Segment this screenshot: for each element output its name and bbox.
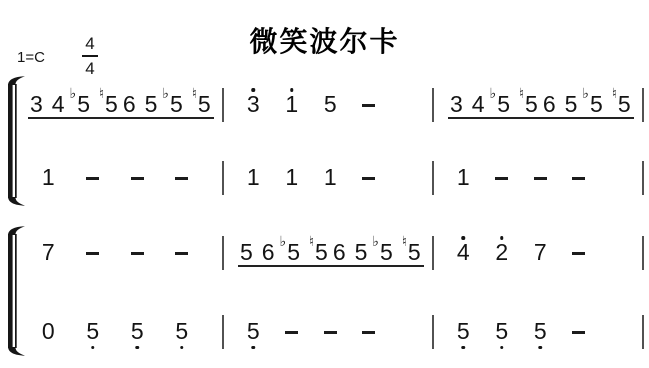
note-group	[285, 331, 298, 341]
system-bracket-icon	[6, 76, 26, 206]
system-bracket-icon	[6, 226, 26, 356]
note-group: 5	[175, 322, 188, 341]
dash-rest	[86, 252, 99, 255]
note: ♭5	[490, 95, 510, 114]
staff-row: 756♭5♮565♭5♮5427	[26, 243, 644, 262]
note: 3	[450, 95, 463, 114]
note-digit: 5	[287, 243, 300, 262]
note: 6	[262, 243, 275, 262]
time-signature-numerator: 4	[82, 35, 97, 57]
note: ♭5	[280, 243, 300, 262]
note-digit: 3	[450, 95, 463, 114]
natural-sign: ♮	[402, 234, 407, 248]
note-digit: 6	[262, 243, 275, 262]
beam-group: ♭5♮5	[68, 95, 121, 119]
natural-sign: ♮	[99, 86, 104, 100]
note-digit: 5	[355, 243, 368, 262]
note-group	[86, 252, 99, 262]
note-digit: 6	[123, 95, 136, 114]
flat-sign: ♭	[280, 234, 287, 248]
note-group	[324, 331, 337, 341]
note-digit: 5	[408, 243, 421, 262]
note: 3	[30, 95, 43, 114]
note-group	[175, 177, 188, 187]
note-group	[86, 177, 99, 187]
beam-group: ♭5♮5	[580, 95, 633, 119]
measure: 5	[224, 322, 432, 341]
note-digit: 5	[565, 95, 578, 114]
note: 6	[123, 95, 136, 114]
note-digit: 5	[131, 322, 144, 341]
octave-dot-high	[500, 236, 504, 240]
note-group: 4	[457, 243, 470, 262]
note: 0	[42, 322, 55, 341]
note-group: 5	[86, 322, 99, 341]
note-group: 1	[247, 168, 260, 187]
dash-rest	[362, 104, 375, 107]
note: 4	[52, 95, 65, 114]
dash-rest	[285, 331, 298, 334]
note-digit: 5	[495, 322, 508, 341]
barline	[642, 161, 644, 195]
dash-rest	[572, 331, 585, 334]
note-digit: 7	[42, 243, 55, 262]
beam-group: 34	[28, 95, 68, 119]
note-digit: 5	[525, 95, 538, 114]
note-group	[572, 252, 585, 262]
note-digit: 6	[543, 95, 556, 114]
note-group: 5	[457, 322, 470, 341]
beam-group: 65	[331, 243, 371, 267]
note-group	[362, 177, 375, 187]
note-digit: 1	[285, 168, 298, 187]
note-group: 7	[534, 243, 547, 262]
note: 5	[534, 322, 547, 341]
staff-row: 11111	[26, 168, 644, 187]
barline	[642, 236, 644, 270]
measure: 34♭5♮565♭5♮5	[434, 95, 642, 114]
note-group: 1	[285, 95, 298, 114]
note-digit: 5	[240, 243, 253, 262]
flat-sign: ♭	[162, 86, 169, 100]
measure: 555	[434, 322, 642, 341]
note: 7	[42, 243, 55, 262]
barline	[642, 315, 644, 349]
note: 5	[457, 322, 470, 341]
octave-dot-low	[500, 346, 504, 350]
note-digit: 1	[324, 168, 337, 187]
note-group: 1	[285, 168, 298, 187]
dash-rest	[495, 177, 508, 180]
dash-rest	[86, 177, 99, 180]
natural-sign: ♮	[519, 86, 524, 100]
note-group: 2	[495, 243, 508, 262]
note-digit: 2	[495, 243, 508, 262]
note: 1	[247, 168, 260, 187]
note-digit: 6	[333, 243, 346, 262]
measure: 1	[434, 168, 642, 187]
note-digit: 1	[285, 95, 298, 114]
note-group	[572, 331, 585, 341]
note-group	[362, 331, 375, 341]
flat-sign: ♭	[490, 86, 497, 100]
note: 2	[495, 243, 508, 262]
measure: 7	[26, 243, 222, 262]
octave-dot-high	[290, 88, 294, 92]
note: 6	[333, 243, 346, 262]
beam-group: ♭5♮5	[488, 95, 541, 119]
note-digit: 7	[534, 243, 547, 262]
note: 7	[534, 243, 547, 262]
note: 1	[457, 168, 470, 187]
dash-rest	[362, 177, 375, 180]
note-digit: 5	[324, 95, 337, 114]
note: 1	[285, 95, 298, 114]
note: 5	[240, 243, 253, 262]
note-digit: 5	[590, 95, 603, 114]
beam-group: 65	[121, 95, 161, 119]
natural-sign: ♮	[309, 234, 314, 248]
note: 1	[42, 168, 55, 187]
note: ♭5	[162, 95, 182, 114]
beam-group: ♭5♮5	[160, 95, 213, 119]
note: 5	[145, 95, 158, 114]
note: ♭5	[70, 95, 90, 114]
note-digit: 5	[534, 322, 547, 341]
note: ♮5	[192, 95, 211, 114]
note: 1	[285, 168, 298, 187]
note: 5	[324, 95, 337, 114]
note: 5	[247, 322, 260, 341]
note-group	[131, 252, 144, 262]
octave-dot-low	[538, 346, 542, 350]
note-digit: 5	[170, 95, 183, 114]
note-group: 5	[131, 322, 144, 341]
natural-sign: ♮	[192, 86, 197, 100]
note-group	[175, 252, 188, 262]
note-digit: 5	[175, 322, 188, 341]
note-digit: 4	[472, 95, 485, 114]
beam-group: 56	[238, 243, 278, 267]
beam-group: 65	[541, 95, 581, 119]
note: 6	[543, 95, 556, 114]
measure: 111	[224, 168, 432, 187]
note-group: 5	[495, 322, 508, 341]
beam-group: ♭5♮5	[370, 243, 423, 267]
flat-sign: ♭	[582, 86, 589, 100]
note-digit: 3	[247, 95, 260, 114]
note-group: 1	[324, 168, 337, 187]
octave-dot-low	[461, 346, 465, 350]
note-group: 1	[457, 168, 470, 187]
note: 5	[495, 322, 508, 341]
staff-row: 34♭5♮565♭5♮531534♭5♮565♭5♮5	[26, 95, 644, 114]
measure: 1	[26, 168, 222, 187]
note: ♮5	[402, 243, 421, 262]
dash-rest	[534, 177, 547, 180]
note-group	[572, 177, 585, 187]
note-digit: 0	[42, 322, 55, 341]
note-group: 1	[42, 168, 55, 187]
note: ♭5	[372, 243, 392, 262]
octave-dot-high	[461, 236, 465, 240]
note-group: 5	[247, 322, 260, 341]
note-group	[534, 177, 547, 187]
dash-rest	[324, 331, 337, 334]
octave-dot-high	[251, 88, 255, 92]
note-digit: 5	[77, 95, 90, 114]
note: ♮5	[519, 95, 538, 114]
time-signature: 4 4	[77, 35, 103, 77]
measure: 0555	[26, 322, 222, 341]
note-digit: 5	[457, 322, 470, 341]
note-group: 0	[42, 322, 55, 341]
note: 5	[565, 95, 578, 114]
note-digit: 5	[86, 322, 99, 341]
note-digit: 5	[198, 95, 211, 114]
note: ♭5	[582, 95, 602, 114]
note-digit: 5	[105, 95, 118, 114]
staff-row: 05555555	[26, 322, 644, 341]
key-signature: 1=C	[17, 49, 45, 66]
beam-group: ♭5♮5	[278, 243, 331, 267]
note-group	[362, 104, 375, 114]
note: ♮5	[612, 95, 631, 114]
dash-rest	[175, 252, 188, 255]
note-digit: 1	[247, 168, 260, 187]
note: 4	[457, 243, 470, 262]
measure: 427	[434, 243, 642, 262]
flat-sign: ♭	[372, 234, 379, 248]
note: 5	[355, 243, 368, 262]
note-digit: 4	[52, 95, 65, 114]
dash-rest	[131, 252, 144, 255]
dash-rest	[131, 177, 144, 180]
note: 5	[86, 322, 99, 341]
beam-group: 34	[448, 95, 488, 119]
measure: 315	[224, 95, 432, 114]
note-digit: 5	[618, 95, 631, 114]
note-digit: 5	[315, 243, 328, 262]
octave-dot-low	[251, 346, 255, 350]
note-group: 3	[247, 95, 260, 114]
note-group: 5	[324, 95, 337, 114]
dash-rest	[572, 252, 585, 255]
sheet-music-page: 微笑波尔卡 1=C 4 4 34♭5♮565♭5♮531534♭5♮565♭5♮…	[0, 0, 649, 368]
barline	[642, 88, 644, 122]
time-signature-denominator: 4	[85, 57, 94, 77]
octave-dot-low	[91, 346, 95, 350]
note-digit: 5	[145, 95, 158, 114]
dash-rest	[362, 331, 375, 334]
note-group: 5	[534, 322, 547, 341]
flat-sign: ♭	[70, 86, 77, 100]
note-group: 7	[42, 243, 55, 262]
natural-sign: ♮	[612, 86, 617, 100]
dash-rest	[175, 177, 188, 180]
note-group	[131, 177, 144, 187]
note-group	[495, 177, 508, 187]
dash-rest	[572, 177, 585, 180]
note-digit: 1	[42, 168, 55, 187]
note: 5	[175, 322, 188, 341]
octave-dot-low	[135, 346, 139, 350]
note-digit: 5	[380, 243, 393, 262]
note: ♮5	[99, 95, 118, 114]
measure: 34♭5♮565♭5♮5	[26, 95, 222, 114]
note-digit: 5	[247, 322, 260, 341]
note-digit: 1	[457, 168, 470, 187]
note: 4	[472, 95, 485, 114]
note-digit: 5	[497, 95, 510, 114]
note: 5	[131, 322, 144, 341]
note: 3	[247, 95, 260, 114]
measure: 56♭5♮565♭5♮5	[224, 243, 432, 262]
note-digit: 3	[30, 95, 43, 114]
note: 1	[324, 168, 337, 187]
note-digit: 4	[457, 243, 470, 262]
octave-dot-low	[180, 346, 184, 350]
note: ♮5	[309, 243, 328, 262]
